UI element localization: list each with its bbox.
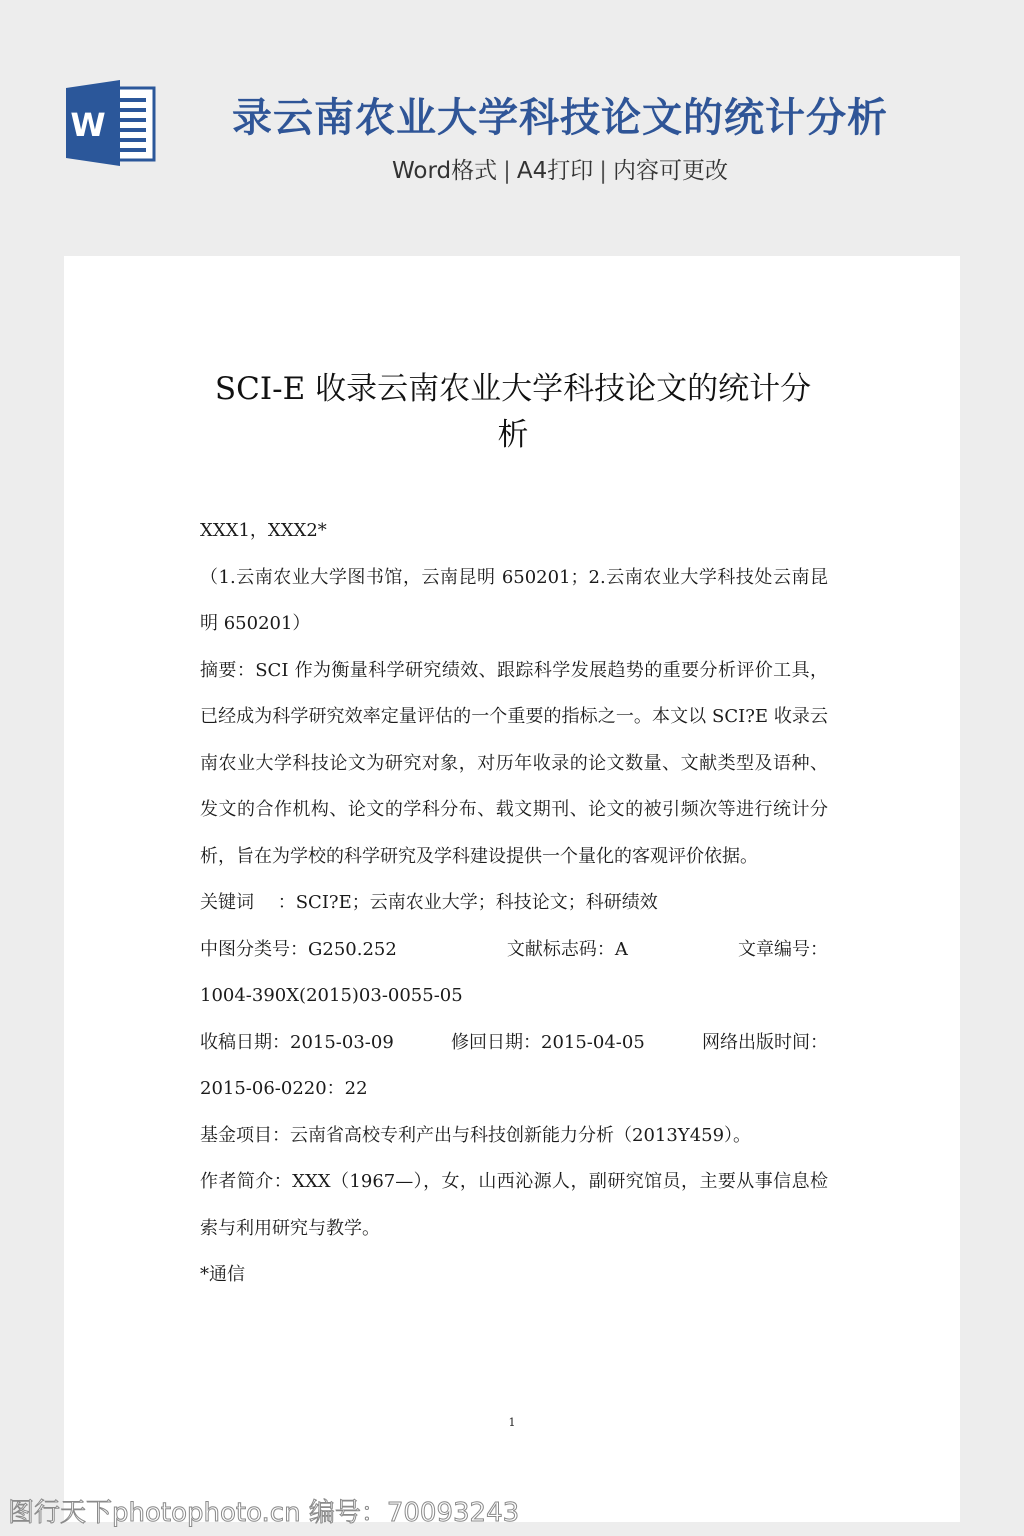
watermark: 图行天下photophoto.cn 编号：70093243 (8, 1492, 519, 1529)
banner-header: W 录云南农业大学科技论文的统计分析 Word格式|A4打印|内容可更改 (0, 0, 1024, 256)
received-value: 2015-03-09 (290, 1032, 394, 1053)
page-number: 1 (64, 1416, 960, 1429)
subtitle-separator: | (599, 158, 607, 184)
revised-label: 修回日期： (451, 1032, 541, 1053)
received-date: 收稿日期：2015-03-09 (200, 1020, 394, 1067)
subtitle-format: Word格式 (392, 158, 497, 184)
banner-subtitle: Word格式|A4打印|内容可更改 (200, 154, 920, 188)
abstract: 摘要：SCI 作为衡量科学研究绩效、跟踪科学发展趋势的重要分析评价工具，已经成为… (200, 648, 828, 881)
revised-value: 2015-04-05 (541, 1032, 645, 1053)
document-page: SCI-E 收录云南农业大学科技论文的统计分析 XXX1，XXX2* （1.云南… (64, 256, 960, 1522)
keywords: 关键词 ：SCI?E；云南农业大学；科技论文；科研绩效 (200, 880, 828, 927)
correspondence: *通信 (200, 1252, 828, 1299)
authors: XXX1，XXX2* (200, 508, 828, 555)
article-no-value: 1004-390X(2015)03-0055-05 (200, 973, 828, 1020)
svg-text:W: W (70, 106, 105, 144)
document-body: XXX1，XXX2* （1.云南农业大学图书馆，云南昆明 650201；2.云南… (200, 508, 828, 1299)
word-document-icon: W (64, 80, 156, 166)
revised-date: 修回日期：2015-04-05 (451, 1020, 645, 1067)
clc-value: G250.252 (308, 939, 397, 960)
clc-label: 中图分类号： (200, 939, 308, 960)
affiliations: （1.云南农业大学图书馆，云南昆明 650201；2.云南农业大学科技处云南昆明… (200, 555, 828, 648)
classification-line: 中图分类号：G250.252 文献标志码：A 文章编号： (200, 927, 828, 974)
received-label: 收稿日期： (200, 1032, 290, 1053)
online-label: 网络出版时间： (702, 1020, 828, 1067)
article-no-label: 文章编号： (738, 927, 828, 974)
document-title: SCI-E 收录云南农业大学科技论文的统计分析 (200, 366, 826, 458)
clc-field: 中图分类号：G250.252 (200, 927, 397, 974)
subtitle-separator: | (503, 158, 511, 184)
doc-code-value: A (615, 939, 628, 960)
banner-title: 录云南农业大学科技论文的统计分析 (200, 92, 920, 144)
subtitle-editable: 内容可更改 (613, 158, 728, 184)
doc-code-field: 文献标志码：A (507, 927, 628, 974)
dates-line: 收稿日期：2015-03-09 修回日期：2015-04-05 网络出版时间： (200, 1020, 828, 1067)
fund-project: 基金项目：云南省高校专利产出与科技创新能力分析（2013Y459）。 (200, 1113, 828, 1160)
author-bio: 作者简介：XXX（1967—），女，山西沁源人，副研究馆员，主要从事信息检索与利… (200, 1159, 828, 1252)
subtitle-print: A4打印 (517, 158, 593, 184)
online-date: 2015-06-0220：22 (200, 1066, 828, 1113)
doc-code-label: 文献标志码： (507, 939, 615, 960)
